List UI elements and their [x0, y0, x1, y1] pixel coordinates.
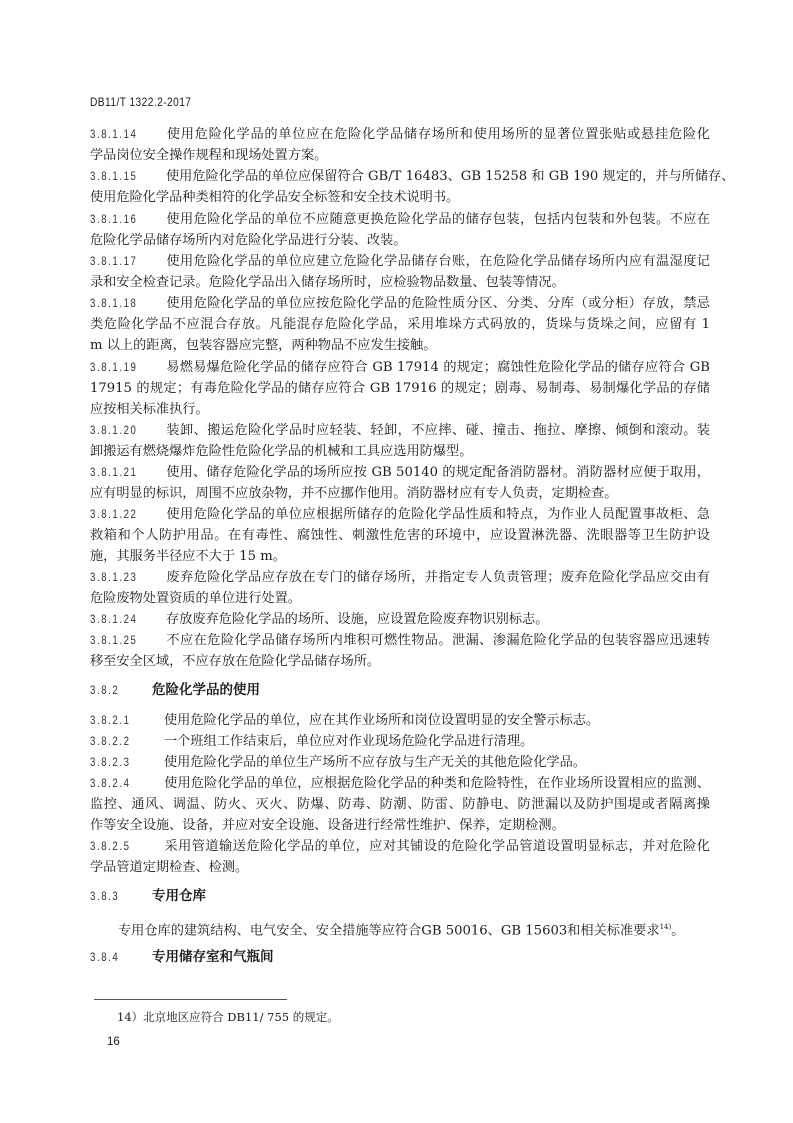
clause-line: 17915 的规定；有毒危险化学品的储存应符合 GB 17916 的规定；剧毒、… — [90, 378, 710, 399]
clause-text: 存放废弃危险化学品的场所、设施，应设置危险废弃物识别标志。 — [166, 612, 548, 627]
clause-number: 3.8.1.25 — [90, 630, 167, 651]
clause-text: 类危险化学品不应混合存放。凡能混存危险化学品，采用堆垛方式码放的，货垛与货垛之间… — [90, 317, 710, 332]
clause-text: 使用危险化学品的单位，应在其作业场所和岗位设置明显的安全警示标志。 — [164, 713, 599, 728]
section-number: 3.8.4 — [90, 947, 151, 968]
clause-line: 3.8.1.19易燃易爆危险化学品的储存应符合 GB 17914 的规定；腐蚀性… — [90, 357, 710, 378]
section-title: 危险化学品的使用 — [152, 682, 260, 698]
clause-text: 使用危险化学品的单位不应随意更换危险化学品的储存包装，包括内包装和外包装。不应在 — [166, 212, 710, 227]
clause-line: 3.8.1.22使用危险化学品的单位应根据所储存的危险化学品性质和特点，为作业人… — [90, 504, 710, 525]
section-heading-3-8-2: 3.8.2危险化学品的使用 — [90, 680, 710, 701]
clause-number: 3.8.1.16 — [90, 209, 167, 230]
clause-number: 3.8.1.19 — [90, 357, 167, 378]
clause-line: 卸搬运有燃烧爆炸危险性危险化学品的机械和工具应选用防爆型。 — [90, 441, 710, 462]
clause-text: 使用危险化学品的单位应根据所储存的危险化学品性质和特点，为作业人员配置事故柜、急 — [166, 507, 710, 522]
body-text-end: 。 — [671, 923, 684, 938]
clause-number: 3.8.2.3 — [90, 752, 160, 773]
clause-number: 3.8.2.1 — [90, 710, 160, 731]
clause-line: 应按相关标准执行。 — [90, 399, 710, 420]
clause-text: 录和安全检查记录。危险化学品出入储存场所时，应检验物品数量、包装等情况。 — [90, 275, 565, 290]
clause-number: 3.8.1.23 — [90, 567, 167, 588]
clause-line: 3.8.1.16使用危险化学品的单位不应随意更换危险化学品的储存包装，包括内包装… — [90, 209, 710, 230]
clause-line: m 以上的距离，包装容器应完整，两种物品不应发生接触。 — [90, 335, 710, 356]
clause-line: 3.8.1.23废弃危险化学品应存放在专门的储存场所，并指定专人负责管理；废弃危… — [90, 567, 710, 588]
clause-number: 3.8.2.5 — [90, 836, 160, 857]
clause-number: 3.8.1.21 — [90, 462, 167, 483]
document-page: DB11/T 1322.2-2017 3.8.1.14使用危险化学品的单位应在危… — [0, 0, 793, 1123]
clause-text: 一个班组工作结束后，单位应对作业现场危险化学品进行清理。 — [164, 734, 533, 749]
clause-text: 移至安全区域，不应存放在危险化学品储存场所。 — [90, 654, 380, 669]
section-number: 3.8.2 — [90, 680, 151, 701]
clause-number: 3.8.2.4 — [90, 773, 160, 794]
clause-text: 使用、储存危险化学品的场所应按 GB 50140 的规定配备消防器材。消防器材应… — [166, 465, 710, 480]
clause-text: 应按相关标准执行。 — [90, 402, 209, 417]
clause-text: 装卸、搬运危险化学品时应轻装、轻卸，不应摔、碰、撞击、拖拉、摩擦、倾倒和滚动。装 — [166, 423, 710, 438]
clause-line: 施，其服务半径应不大于 15 m。 — [90, 546, 710, 567]
clause-number: 3.8.1.18 — [90, 293, 167, 314]
clause-line: 作等安全设施、设备，并应对安全设施、设备进行经常性维护、保养，定期检测。 — [90, 815, 710, 836]
clause-text: m 以上的距离，包装容器应完整，两种物品不应发生接触。 — [90, 338, 436, 353]
clause-number: 3.8.1.14 — [90, 124, 167, 145]
clause-text: 学品岗位安全操作规程和现场处置方案。 — [90, 148, 327, 163]
footnote: 14）北京地区应符合 DB11/ 755 的规定。 — [117, 1009, 339, 1025]
clause-text: 应有明显的标识，周围不应放杂物，并不应挪作他用。消防器材应有专人负责，定期检查。 — [90, 486, 618, 501]
clause-line: 类危险化学品不应混合存放。凡能混存危险化学品，采用堆垛方式码放的，货垛与货垛之间… — [90, 314, 710, 335]
clause-text: 学品管道定期检查、检测。 — [90, 860, 248, 875]
clause-line: 3.8.2.3使用危险化学品的单位生产场所不应存放与生产无关的其他危险化学品。 — [90, 752, 710, 773]
clause-line: 3.8.1.17使用危险化学品的单位应建立危险化学品储存台账，在危险化学品储存场… — [90, 251, 710, 272]
clause-line: 3.8.1.21使用、储存危险化学品的场所应按 GB 50140 的规定配备消防… — [90, 462, 710, 483]
clause-text: 监控、通风、调温、防火、灭火、防爆、防毒、防潮、防雷、防静电、防泄漏以及防护围堤… — [90, 797, 710, 812]
clause-line: 3.8.1.14使用危险化学品的单位应在危险化学品储存场所和使用场所的显著位置张… — [90, 124, 710, 145]
clause-line: 监控、通风、调温、防火、灭火、防爆、防毒、防潮、防雷、防静电、防泄漏以及防护围堤… — [90, 794, 710, 815]
clause-line: 3.8.2.5采用管道输送危险化学品的单位，应对其铺设的危险化学品管道设置明显标… — [90, 836, 710, 857]
clause-text: 施，其服务半径应不大于 15 m。 — [90, 549, 286, 564]
document-id-header: DB11/T 1322.2-2017 — [90, 95, 191, 109]
clause-text: 危险废物处置资质的单位进行处置。 — [90, 591, 301, 606]
clause-line: 危险化学品储存场所内对危险化学品进行分装、改装。 — [90, 230, 710, 251]
clause-line: 3.8.2.1使用危险化学品的单位，应在其作业场所和岗位设置明显的安全警示标志。 — [90, 710, 710, 731]
clause-number: 3.8.1.22 — [90, 504, 167, 525]
section-heading-3-8-3: 3.8.3专用仓库 — [90, 886, 710, 907]
section-title: 专用储存室和气瓶间 — [152, 949, 274, 965]
footnote-ref[interactable]: 14) — [660, 923, 672, 931]
clause-line: 3.8.1.18使用危险化学品的单位应按危险化学品的危险性质分区、分类、分库（或… — [90, 293, 710, 314]
clause-text: 废弃危险化学品应存放在专门的储存场所，并指定专人负责管理；废弃危险化学品应交由有 — [166, 570, 710, 585]
clause-line: 3.8.1.25不应在危险化学品储存场所内堆积可燃性物品。泄漏、渗漏危险化学品的… — [90, 630, 710, 651]
clause-text: 卸搬运有燃烧爆炸危险性危险化学品的机械和工具应选用防爆型。 — [90, 444, 472, 459]
page-number: 16 — [107, 1036, 120, 1048]
clause-line: 学品管道定期检查、检测。 — [90, 857, 710, 878]
clause-line: 移至安全区域，不应存放在危险化学品储存场所。 — [90, 651, 710, 672]
clause-text: 使用危险化学品的单位应在危险化学品储存场所和使用场所的显著位置张贴或悬挂危险化 — [166, 127, 710, 142]
clause-text: 不应在危险化学品储存场所内堆积可燃性物品。泄漏、渗漏危险化学品的包装容器应迅速转 — [166, 633, 710, 648]
section-title: 专用仓库 — [152, 888, 206, 904]
clause-line: 3.8.1.24存放废弃危险化学品的场所、设施，应设置危险废弃物识别标志。 — [90, 609, 710, 630]
clause-number: 3.8.2.2 — [90, 731, 160, 752]
clause-line: 录和安全检查记录。危险化学品出入储存场所时，应检验物品数量、包装等情况。 — [90, 272, 710, 293]
clause-text: 使用危险化学品的单位应保留符合 GB/T 16483、GB 15258 和 GB… — [166, 169, 734, 184]
section-body: 专用仓库的建筑结构、电气安全、安全措施等应符合GB 50016、GB 15603… — [90, 917, 710, 938]
clause-line: 危险废物处置资质的单位进行处置。 — [90, 588, 710, 609]
clause-text: 使用危险化学品的单位应按危险化学品的危险性质分区、分类、分库（或分柜）存放，禁忌 — [166, 296, 710, 311]
clause-text: 危险化学品储存场所内对危险化学品进行分装、改装。 — [90, 233, 407, 248]
clause-text: 使用危险化学品的单位应建立危险化学品储存台账，在危险化学品储存场所内应有温湿度记 — [166, 254, 710, 269]
clause-number: 3.8.1.24 — [90, 609, 167, 630]
clause-number: 3.8.1.20 — [90, 420, 167, 441]
section-number: 3.8.3 — [90, 886, 151, 907]
clause-line: 应有明显的标识，周围不应放杂物，并不应挪作他用。消防器材应有专人负责，定期检查。 — [90, 483, 710, 504]
clause-text: 易燃易爆危险化学品的储存应符合 GB 17914 的规定；腐蚀性危险化学品的储存… — [166, 360, 710, 375]
clause-line: 3.8.1.15使用危险化学品的单位应保留符合 GB/T 16483、GB 15… — [90, 166, 710, 187]
clause-number: 3.8.1.17 — [90, 251, 167, 272]
clause-text: 17915 的规定；有毒危险化学品的储存应符合 GB 17916 的规定；剧毒、… — [90, 381, 710, 396]
clause-line: 3.8.2.4使用危险化学品的单位，应根据危险化学品的种类和危险特性，在作业场所… — [90, 773, 710, 794]
clause-line: 使用危险化学品种类相符的化学品安全标签和安全技术说明书。 — [90, 187, 710, 208]
clause-line: 3.8.1.20装卸、搬运危险化学品时应轻装、轻卸，不应摔、碰、撞击、拖拉、摩擦… — [90, 420, 710, 441]
clause-text: 救箱和个人防护用品。在有毒性、腐蚀性、刺激性危害的环境中，应设置淋洗器、洗眼器等… — [90, 528, 710, 543]
footnote-divider — [94, 999, 287, 1000]
clause-line: 3.8.2.2一个班组工作结束后，单位应对作业现场危险化学品进行清理。 — [90, 731, 710, 752]
clause-text: 使用危险化学品的单位，应根据危险化学品的种类和危险特性，在作业场所设置相应的监测… — [164, 776, 710, 791]
clause-line: 救箱和个人防护用品。在有毒性、腐蚀性、刺激性危害的环境中，应设置淋洗器、洗眼器等… — [90, 525, 710, 546]
clause-text: 作等安全设施、设备，并应对安全设施、设备进行经常性维护、保养，定期检测。 — [90, 818, 565, 833]
clause-text: 采用管道输送危险化学品的单位，应对其铺设的危险化学品管道设置明显标志，并对危险化 — [164, 839, 710, 854]
body-text: 专用仓库的建筑结构、电气安全、安全措施等应符合GB 50016、GB 15603… — [118, 923, 660, 938]
clause-text: 使用危险化学品的单位生产场所不应存放与生产无关的其他危险化学品。 — [164, 755, 586, 770]
clause-number: 3.8.1.15 — [90, 166, 167, 187]
clause-text: 使用危险化学品种类相符的化学品安全标签和安全技术说明书。 — [90, 190, 459, 205]
section-heading-3-8-4: 3.8.4专用储存室和气瓶间 — [90, 947, 710, 968]
clause-line: 学品岗位安全操作规程和现场处置方案。 — [90, 145, 710, 166]
